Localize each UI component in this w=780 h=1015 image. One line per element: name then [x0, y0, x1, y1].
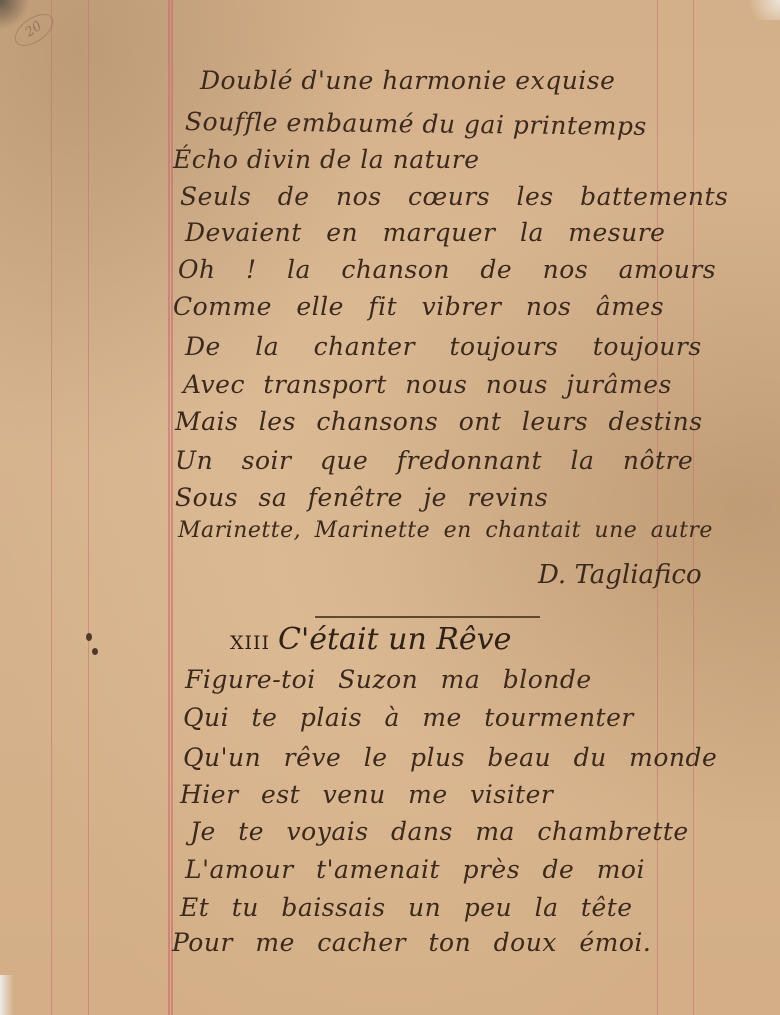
ink-spot: [86, 633, 92, 641]
margin-rule-1: [51, 0, 52, 1015]
lyric-line: Écho divin de la nature: [173, 145, 480, 174]
lyric-line: Avec transport nous nous jurâmes: [183, 370, 672, 399]
lyric-line: Hier est venu me visiter: [180, 780, 553, 809]
lyric-line: Je te voyais dans ma chambrette: [190, 817, 689, 846]
notebook-page: 20 Doublé d'une harmonie exquise Souffle…: [0, 0, 780, 1015]
margin-rule-2: [88, 0, 89, 1015]
page-corner-curl: [740, 0, 780, 20]
lyric-line: Qui te plais à me tourmenter: [183, 703, 634, 732]
song-title: XIIIC'était un Rêve: [230, 622, 511, 657]
lyric-line: Pour me cacher ton doux émoi.: [172, 928, 651, 957]
section-divider: [315, 616, 540, 618]
lyric-line: Un soir que fredonnant la nôtre: [175, 446, 693, 475]
lyric-line: Sous sa fenêtre je revins: [175, 483, 548, 512]
song-title-text: C'était un Rêve: [278, 622, 511, 657]
margin-rule-right-2: [693, 0, 694, 1015]
page-edge-chip: [0, 975, 14, 1015]
lyric-line: Devaient en marquer la mesure: [185, 218, 665, 247]
ink-spot: [92, 648, 98, 655]
lyric-line: Comme elle fit vibrer nos âmes: [173, 292, 664, 321]
lyric-line: Souffle embaumé du gai printemps: [185, 107, 647, 141]
lyric-line: Marinette, Marinette en chantait une aut…: [178, 518, 713, 543]
lyric-line: Qu'un rêve le plus beau du monde: [183, 743, 717, 772]
lyric-line: Et tu baissais un peu la tête: [180, 893, 633, 922]
lyric-line: Figure-toi Suzon ma blonde: [185, 665, 592, 694]
lyric-line: Oh ! la chanson de nos amours: [178, 255, 716, 284]
lyric-line: Doublé d'une harmonie exquise: [200, 66, 615, 95]
song-numeral: XIII: [230, 632, 270, 654]
margin-rule-right-1: [657, 0, 658, 1015]
lyric-line: L'amour t'amenait près de moi: [185, 855, 645, 884]
lyric-line: Seuls de nos cœurs les battements: [180, 182, 728, 211]
lyric-line: De la chanter toujours toujours: [185, 332, 702, 361]
lyric-line: Mais les chansons ont leurs destins: [175, 407, 703, 436]
margin-rule-left-main: [168, 0, 170, 1015]
author-signature: D. Tagliafico: [538, 560, 702, 590]
